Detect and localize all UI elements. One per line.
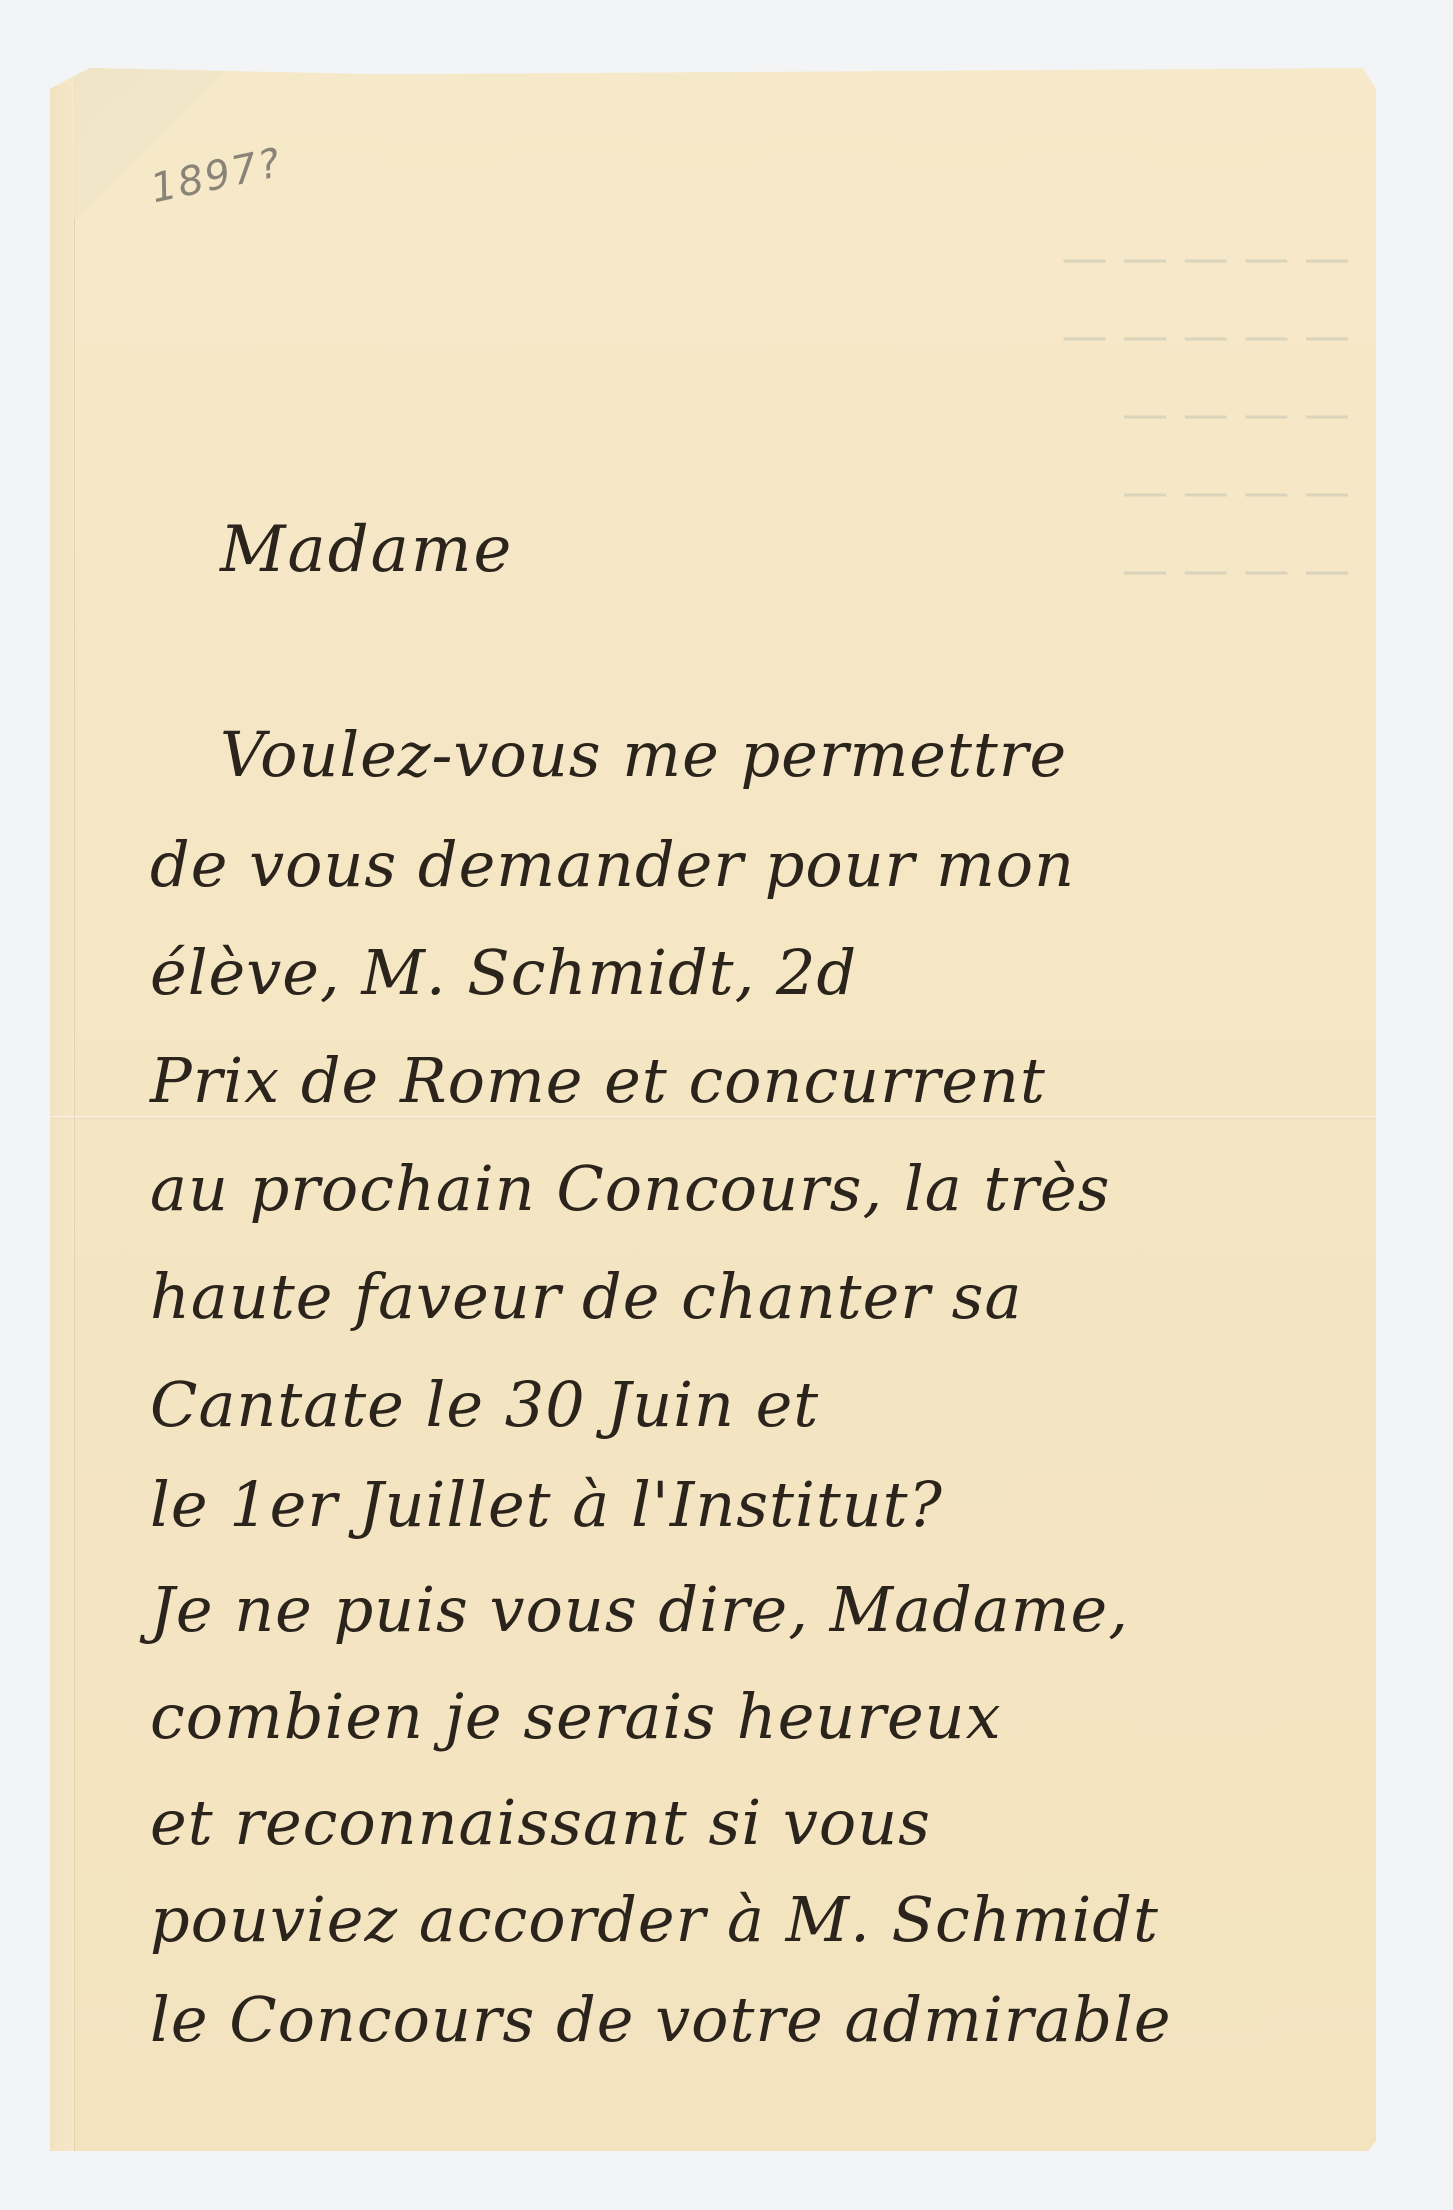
bleed-line: — — — — —: [650, 218, 1350, 296]
body-line: au prochain Concours, la très: [150, 1152, 1110, 1225]
body-line: pouviez accorder à M. Schmidt: [150, 1883, 1159, 1956]
bleed-through-text: — — — — — — — — — — — — — — — — — — — — …: [650, 218, 1350, 608]
salutation: Madame: [220, 513, 513, 587]
body-line: Cantate le 30 Juin et: [150, 1368, 819, 1441]
bleed-line: — — — — —: [650, 296, 1350, 374]
body-line: Prix de Rome et concurrent: [150, 1044, 1046, 1117]
letter-page: 1897? — — — — — — — — — — — — — — — — — …: [50, 68, 1376, 2151]
body-line: et reconnaissant si vous: [150, 1786, 931, 1859]
bleed-line: — — — —: [650, 452, 1350, 530]
body-line: combien je serais heureux: [150, 1680, 1002, 1753]
body-line: Je ne puis vous dire, Madame,: [150, 1573, 1129, 1646]
body-line: élève, M. Schmidt, 2d: [150, 936, 857, 1009]
body-line: le 1er Juillet à l'Institut?: [150, 1468, 943, 1541]
bleed-line: — — — —: [650, 374, 1350, 452]
bleed-line: — — — —: [650, 530, 1350, 608]
body-line: Voulez-vous me permettre: [220, 718, 1067, 791]
body-line: le Concours de votre admirable: [150, 1983, 1172, 2056]
body-line: de vous demander pour mon: [150, 828, 1075, 901]
body-line: haute faveur de chanter sa: [150, 1260, 1022, 1333]
